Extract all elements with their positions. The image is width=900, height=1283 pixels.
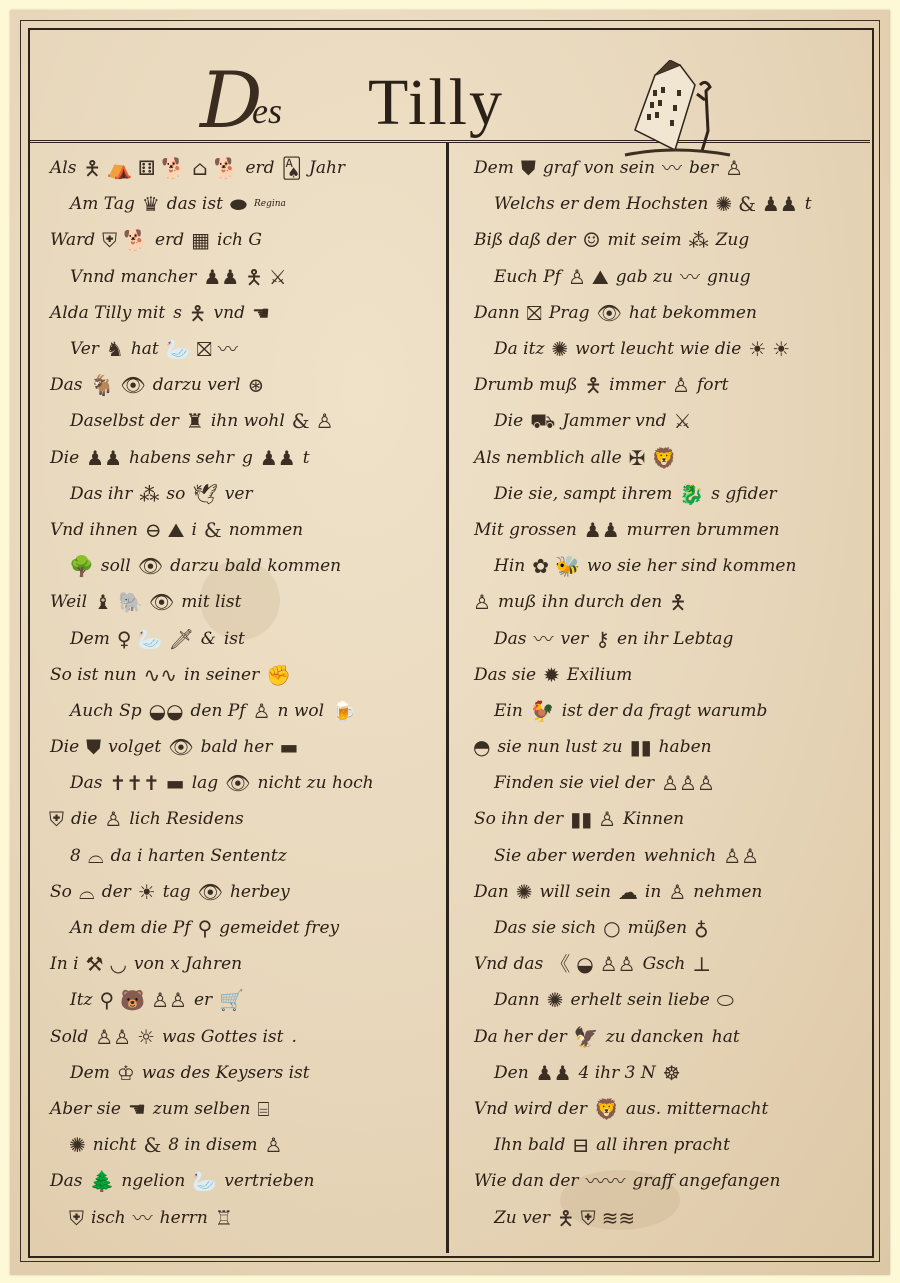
verse-text: wo sie her sind kommen [587, 556, 797, 576]
verse-text: Als nemblich alle [474, 448, 622, 468]
bread-loaves-icon: ◒◒ [149, 701, 184, 721]
verse-line: Vnnd mancher♟♟🯅⚔ [38, 259, 443, 295]
verse-text: Sold [50, 1027, 88, 1047]
page-title: Tilly [368, 65, 504, 141]
basin-icon: ◓ [473, 737, 490, 757]
horseman-icon: ♞ [106, 339, 124, 359]
verse-text: & [201, 629, 216, 649]
verse-text: Da itz [494, 339, 544, 359]
verse-line: Ward⛨🐕erd▦ich G [38, 222, 443, 258]
verse-text: da i harten Sententz [111, 846, 287, 866]
verse-text: Finden sie viel der [494, 773, 654, 793]
verse-line: Das〰ver⚷en ihr Lebtag [462, 620, 867, 656]
lion-shield-icon: ⛨ [69, 1208, 84, 1228]
verse-line: Den♟♟4 ihr 3 N☸ [462, 1055, 867, 1091]
verse-line: 8⌓da i harten Sententz [38, 838, 443, 874]
eye-icon: 👁 [597, 303, 622, 323]
tree-hill-icon: 🌳 [69, 556, 94, 576]
verse-text: Biß daß der [474, 230, 576, 250]
dog-icon: 🐕 [214, 158, 239, 178]
verse-text: Die [494, 411, 523, 431]
crosses-icon: ✝✝✝ [110, 773, 160, 793]
verse-line: Dann✺erhelt sein liebe⬭ [462, 982, 867, 1018]
verse-line: Dem♀🦢🗡&ist [38, 620, 443, 656]
verse-text: tag [163, 882, 191, 902]
boots-icon: ▮▮ [570, 809, 592, 829]
verse-text: Dem [70, 1063, 110, 1083]
bundle-icon: ⬬ [230, 194, 247, 214]
landscape-icon: 〰 [218, 339, 238, 359]
bee-icon: 🐝 [555, 556, 580, 576]
verse-text: der [102, 882, 131, 902]
eye-icon: 👁 [149, 592, 174, 612]
verse-line: ♙muß ihn durch den🯅 [462, 584, 867, 620]
falling-figure-icon: ♙ [265, 1135, 283, 1155]
verse-text: Daselbst der [70, 411, 179, 431]
goat-icon: 🐐 [90, 375, 115, 395]
throne-icon: ♔ [117, 1063, 135, 1083]
verse-line: Zu ver🯅⛨≋≋ [462, 1199, 867, 1235]
verse-line: Hin✿🐝wo sie her sind kommen [462, 548, 867, 584]
battle-icon: ⚔ [269, 267, 287, 287]
verse-text: Dan [474, 882, 509, 902]
monks-icon: ♟♟ [762, 194, 798, 214]
verse-text: Ein [494, 701, 523, 721]
drum-icon: ⊖ [145, 520, 162, 540]
verse-line: An dem die Pf⚲gemeidet frey [38, 910, 443, 946]
verse-text: ver [561, 629, 589, 649]
verse-line: Dan✺will sein☁in♙nehmen [462, 874, 867, 910]
verse-line: Das sie sich○müßen♁ [462, 910, 867, 946]
verse-text: habens sehr [129, 448, 234, 468]
bag-icon: ♁ [694, 918, 709, 938]
verse-line: Welchs er dem Hochsten✺&♟♟t [462, 186, 867, 222]
verse-line: Die⛊volget👁bald her▬ [38, 729, 443, 765]
verse-line: Die sie, sampt ihrem🐉s gfider [462, 476, 867, 512]
soldier-icon: 🯅 [83, 158, 101, 178]
hand-icon: ☚ [252, 303, 270, 323]
verse-text: murren brummen [627, 520, 780, 540]
verse-text: Dann [494, 990, 540, 1010]
fist-icon: ✊ [266, 665, 291, 685]
verse-line: Aber sie☚zum selben⌸ [38, 1091, 443, 1127]
verse-text: wort leucht wie die [575, 339, 741, 359]
verse-text: Ihn bald [494, 1135, 565, 1155]
verse-text: Vnnd mancher [70, 267, 196, 287]
landscape-icon: 〰 [662, 158, 682, 178]
verse-text: nommen [229, 520, 303, 540]
verse-line: Das🐐👁darzu verl⊛ [38, 367, 443, 403]
beam-icon: ▬ [166, 773, 185, 793]
verse-text: muß ihn durch den [498, 592, 662, 612]
castle-icon: ♖ [215, 1208, 233, 1228]
verse-line: Vnd wird der🦁aus. mitternacht [462, 1091, 867, 1127]
verse-text: Ward [50, 230, 95, 250]
verse-text: herrn [160, 1208, 208, 1228]
verse-text: Das [50, 1171, 83, 1191]
verse-text: wehnich [644, 846, 716, 866]
soldier-icon: 🯅 [585, 375, 603, 395]
radiant-name-icon: ✺ [69, 1135, 86, 1155]
verse-text: Das sie sich [494, 918, 596, 938]
verse-line: Die⛟Jammer vnd⚔ [462, 403, 867, 439]
dog-icon: 🐕 [123, 230, 148, 250]
verse-text: Mit grossen [474, 520, 577, 540]
verse-text: all ihren pracht [596, 1135, 730, 1155]
verse-line: ◓sie nun lust zu▮▮haben [462, 729, 867, 765]
army-icon: ⁂ [139, 484, 159, 504]
verse-text: Den [494, 1063, 529, 1083]
verse-text: Als [50, 158, 76, 178]
verse-text: Drumb muß [474, 375, 578, 395]
verse-line: Als nemblich alle✠🦁 [462, 440, 867, 476]
verse-line: Dann⛝Prag👁hat bekommen [462, 295, 867, 331]
verse-text: Vnd ihnen [50, 520, 138, 540]
tent-icon: ⛺ [107, 158, 132, 178]
hill-icon: ⛰ [592, 267, 609, 287]
right-verse-column: Dem⛊graf von sein〰ber♙Welchs er dem Hoch… [462, 150, 867, 1236]
verse-text: vertrieben [224, 1171, 314, 1191]
radiant-name-icon: ✺ [547, 990, 564, 1010]
verse-text: lich Residens [129, 809, 243, 829]
bear-icon: 🐻 [120, 990, 145, 1010]
verse-text: en ihr Lebtag [617, 629, 733, 649]
verse-text: Aber sie [50, 1099, 121, 1119]
mountain-icon: ⛰ [168, 520, 185, 540]
verse-line: Ein🐓ist der da fragt warumb [462, 693, 867, 729]
tankard-icon: 🍺 [331, 701, 356, 721]
verse-text: Vnd das [474, 954, 543, 974]
verse-caption: Regina [254, 199, 286, 209]
crossed-shield-icon: ⛝ [527, 303, 542, 323]
wagon-icon: 🛒 [219, 990, 244, 1010]
verse-text: Das [50, 375, 83, 395]
seated-figure-icon: ♙ [316, 411, 334, 431]
verse-text: . [291, 1027, 296, 1047]
verse-line: Ver♞hat🦢⛝〰 [38, 331, 443, 367]
verse-line: ⛨isch〰herrn♖ [38, 1199, 443, 1235]
waves-icon: ≋≋ [602, 1208, 636, 1228]
verse-text: ngelion [121, 1171, 185, 1191]
monks-icon: ♟♟ [203, 267, 239, 287]
wheel-icon: ☸ [663, 1063, 681, 1083]
verse-line: Sie aber werdenwehnich♙♙ [462, 838, 867, 874]
verse-text: nehmen [693, 882, 762, 902]
verse-text: graff angefangen [633, 1171, 781, 1191]
verse-text: Prag [549, 303, 590, 323]
verse-text: Jammer vnd [562, 411, 666, 431]
verse-text: erhelt sein liebe [570, 990, 709, 1010]
verse-line: Drumb muß🯅immer♙fort [462, 367, 867, 403]
verse-text: in seiner [184, 665, 259, 685]
verse-line: Ihn bald⊟all ihren pracht [462, 1127, 867, 1163]
verse-text: nicht [93, 1135, 137, 1155]
verse-text: Dem [474, 158, 514, 178]
verse-text: ver [225, 484, 253, 504]
verse-text: sie nun lust zu [497, 737, 622, 757]
sun-icon: ☀ [748, 339, 766, 359]
verse-text: nicht zu hoch [258, 773, 374, 793]
verse-text: n wol [278, 701, 325, 721]
radiant-name-icon: ✺ [516, 882, 533, 902]
ihs-icon: ✠ [629, 448, 646, 468]
verse-text: ist [224, 629, 245, 649]
eye-icon: 👁 [168, 737, 193, 757]
verse-line: Da itz✺wort leucht wie die☀☀ [462, 331, 867, 367]
verse-text: das ist [167, 194, 223, 214]
crossed-shield-icon: ⛝ [197, 339, 212, 359]
shield-icon: ⛊ [86, 737, 101, 757]
verse-text: von x Jahren [134, 954, 242, 974]
verse-line: Weil♝🐘👁mit list [38, 584, 443, 620]
title-rest: es [252, 90, 282, 132]
cloud-icon: ☁ [618, 882, 638, 902]
arms-shield-icon: ⛨ [581, 1208, 596, 1228]
lion-icon: 🦁 [594, 1099, 619, 1119]
covered-dish-icon: ⌓ [79, 882, 95, 902]
verse-line: Das ihr⁂so🕊ver [38, 476, 443, 512]
eye-icon: 👁 [225, 773, 250, 793]
ring-icon: ○ [603, 918, 620, 938]
verse-line: Daselbst der♜ihn wohl&♙ [38, 403, 443, 439]
boots-icon: ▮▮ [630, 737, 652, 757]
verse-text: so [166, 484, 185, 504]
verse-text: Zug [716, 230, 750, 250]
verse-text: Wie dan der [474, 1171, 579, 1191]
verse-text: Itz [70, 990, 93, 1010]
flower-icon: ✿ [532, 556, 549, 576]
verse-text: Die sie, sampt ihrem [494, 484, 672, 504]
brush-icon: ⌓ [88, 846, 104, 866]
verse-text: gemeidet frey [219, 918, 339, 938]
explosion-icon: ✹ [543, 665, 560, 685]
verse-text: Sie aber werden [494, 846, 636, 866]
verse-text: hat [131, 339, 159, 359]
swaddled-child-icon: ⬭ [717, 990, 734, 1010]
verse-text: will sein [539, 882, 610, 902]
key-icon: ⚷ [595, 629, 610, 649]
snake-icon: ∿∿ [144, 665, 178, 685]
landscape-icon: 〰 [133, 1208, 153, 1228]
verse-text: bald her [201, 737, 273, 757]
verse-text: Das sie [474, 665, 536, 685]
verse-text: immer [609, 375, 665, 395]
bird-icon: 🕊 [192, 484, 217, 504]
column-divider [446, 143, 449, 1253]
verse-text: Die [50, 448, 79, 468]
sun-icon: ☀ [138, 882, 156, 902]
verse-text: zu dancken [606, 1027, 704, 1047]
shield-icon: ⛊ [521, 158, 536, 178]
figure-icon: ♙ [598, 809, 616, 829]
verse-text: haben [659, 737, 712, 757]
verse-text: darzu verl [153, 375, 241, 395]
verse-line: 🌳soll👁darzu bald kommen [38, 548, 443, 584]
hound-icon: 🐕 [161, 158, 186, 178]
title-banner: D es Tilly [30, 30, 870, 143]
ampersand-icon: & [738, 194, 756, 214]
verse-line: Alda Tilly mits🯅vnd☚ [38, 295, 443, 331]
verse-text: t [303, 448, 310, 468]
verse-line: Am Tag♛das ist⬬Regina [38, 186, 443, 222]
cart-icon: ⛟ [530, 411, 555, 431]
left-verse-column: Als🯅⛺⚅🐕⌂🐕erd🂡JahrAm Tag♛das ist⬬ReginaWa… [38, 150, 443, 1236]
verse-line: ✺nicht&8 in disem♙ [38, 1127, 443, 1163]
verse-text: müßen [628, 918, 687, 938]
lion-icon: 🦁 [651, 448, 676, 468]
enthroned-queen-icon: ♛ [142, 194, 160, 214]
verse-text: was des Keysers ist [142, 1063, 310, 1083]
verse-text: Weil [50, 592, 87, 612]
bishop-icon: ♝ [94, 592, 112, 612]
soldier-icon: 🯅 [245, 267, 263, 287]
verse-line: So ist nun∿∿in seiner✊ [38, 657, 443, 693]
verse-text: ich G [217, 230, 262, 250]
goose-icon: 🦢 [166, 339, 191, 359]
house-icon: ⌂ [192, 158, 207, 178]
eye-icon: 👁 [120, 375, 145, 395]
dragon-icon: 🐉 [679, 484, 704, 504]
radiant-name-icon: ✺ [715, 194, 732, 214]
verse-text: den Pf [191, 701, 246, 721]
verse-line: In i⚒◡von x Jahren [38, 946, 443, 982]
procession-icon: ♙♙♙ [661, 773, 715, 793]
soldier-icon: 🯅 [557, 1208, 575, 1228]
verse-text: isch [91, 1208, 126, 1228]
verse-text: er [194, 990, 212, 1010]
platter-icon: ◒ [576, 954, 593, 974]
die-icon: ⚅ [138, 158, 155, 178]
verse-text: In i [50, 954, 79, 974]
verse-text: t [805, 194, 812, 214]
table-scene-icon: ⌸ [257, 1099, 269, 1119]
verse-text: Dem [70, 629, 110, 649]
beam-icon: ▬ [279, 737, 298, 757]
verse-text: Hin [494, 556, 525, 576]
hand-icon: ☚ [128, 1099, 146, 1119]
verse-line: Dem⛊graf von sein〰ber♙ [462, 150, 867, 186]
verse-text: darzu bald kommen [170, 556, 341, 576]
verse-text: Exilium [567, 665, 632, 685]
landscape-icon: 〰 [534, 629, 554, 649]
verse-line: Euch Pf♙⛰gab zu〰gnug [462, 259, 867, 295]
verse-text: Auch Sp [70, 701, 142, 721]
verse-text: erd [155, 230, 184, 250]
verse-text: s [173, 303, 182, 323]
verse-text: s gfider [711, 484, 776, 504]
tree-icon: 🌲 [90, 1171, 115, 1191]
verse-text: Da her der [474, 1027, 567, 1047]
monk-icon: ♙ [473, 592, 491, 612]
verse-text: An dem die Pf [70, 918, 191, 938]
verse-text: Welchs er dem Hochsten [494, 194, 708, 214]
verse-text: So ihn der [474, 809, 563, 829]
wheel-shield-icon: ⛨ [49, 809, 64, 829]
verse-text: aus. mitternacht [626, 1099, 768, 1119]
feathers-icon: 《 [550, 954, 570, 974]
verse-line: Biß daß der☺mit seim⁂Zug [462, 222, 867, 258]
verse-line: Das🌲ngelion🦢vertrieben [38, 1163, 443, 1199]
fighting-figures-icon: ⚔ [674, 411, 692, 431]
verse-text: gab zu [616, 267, 673, 287]
ampersand-icon: & [204, 520, 222, 540]
verse-line: So⌓der☀tag👁herbey [38, 874, 443, 910]
verse-text: herbey [230, 882, 290, 902]
verse-text: Zu ver [494, 1208, 550, 1228]
verse-text: Ver [70, 339, 99, 359]
verse-line: Das✝✝✝▬lag👁nicht zu hoch [38, 765, 443, 801]
verse-text: Kinnen [623, 809, 684, 829]
verse-line: Itz⚲🐻♙♙er🛒 [38, 982, 443, 1018]
fence-icon: ▦ [191, 230, 210, 250]
verse-line: Als🯅⛺⚅🐕⌂🐕erd🂡Jahr [38, 150, 443, 186]
verse-text: Vnd wird der [474, 1099, 587, 1119]
ampersand-icon: & [292, 411, 310, 431]
verse-line: Finden sie viel der♙♙♙ [462, 765, 867, 801]
well-icon: ◡ [109, 954, 126, 974]
figures-icon: ♙♙ [95, 1027, 131, 1047]
monks-icon: ♟♟ [584, 520, 620, 540]
soldier-icon: 🯅 [669, 592, 687, 612]
verse-text: ber [689, 158, 718, 178]
figure-icon: ♙ [104, 809, 122, 829]
verse-text: was Gottes ist [162, 1027, 283, 1047]
verse-text: in [645, 882, 661, 902]
sword-icon: 🗡 [168, 629, 193, 649]
verse-line: Vnd ihnen⊖⛰i&nommen [38, 512, 443, 548]
verse-text: So ist nun [50, 665, 137, 685]
verse-text: Dann [474, 303, 520, 323]
verse-line: Wie dan der〰〰graff angefangen [462, 1163, 867, 1199]
verse-text: i [191, 520, 196, 540]
verse-text: Alda Tilly mit [50, 303, 165, 323]
verse-text: 8 [70, 846, 81, 866]
verse-line: Auch Sp◒◒den Pf♙n wol🍺 [38, 693, 443, 729]
verse-text: 8 in disem [168, 1135, 257, 1155]
verse-text: soll [101, 556, 131, 576]
verse-line: Das sie✹Exilium [462, 657, 867, 693]
verse-text: fort [697, 375, 729, 395]
rooster-icon: 🐓 [530, 701, 555, 721]
verse-text: zum selben [153, 1099, 251, 1119]
verse-text: erd [245, 158, 274, 178]
verse-text: Euch Pf [494, 267, 561, 287]
verse-text: graf von sein [543, 158, 655, 178]
verse-text: Jahr [309, 158, 345, 178]
verse-text: gnug [707, 267, 751, 287]
verse-text: ihn wohl [211, 411, 285, 431]
playing-cards-icon: 🂡 [282, 158, 302, 178]
goose-icon: 🦢 [192, 1171, 217, 1191]
knight-icon: ♜ [186, 411, 204, 431]
verse-line: Da her der🦅zu danckenhat [462, 1019, 867, 1055]
verse-line: Dem♔was des Keysers ist [38, 1055, 443, 1091]
figures-icon: ♙♙ [600, 954, 636, 974]
verse-text: Die [50, 737, 79, 757]
workers-icon: ⚒ [86, 954, 104, 974]
figure-icon: ♙ [568, 267, 586, 287]
eye-icon: 👁 [198, 882, 223, 902]
verse-text: Das [70, 773, 103, 793]
halo-child-icon: ☼ [137, 1027, 155, 1047]
ampersand-icon: & [143, 1135, 161, 1155]
verse-text: g [242, 448, 253, 468]
verse-text: hat bekommen [629, 303, 757, 323]
monks-icon: ♟♟ [86, 448, 122, 468]
coin-icon: ⊛ [247, 375, 264, 395]
soldier-icon: 🯅 [189, 303, 207, 323]
army-icon: ⁂ [689, 230, 709, 250]
